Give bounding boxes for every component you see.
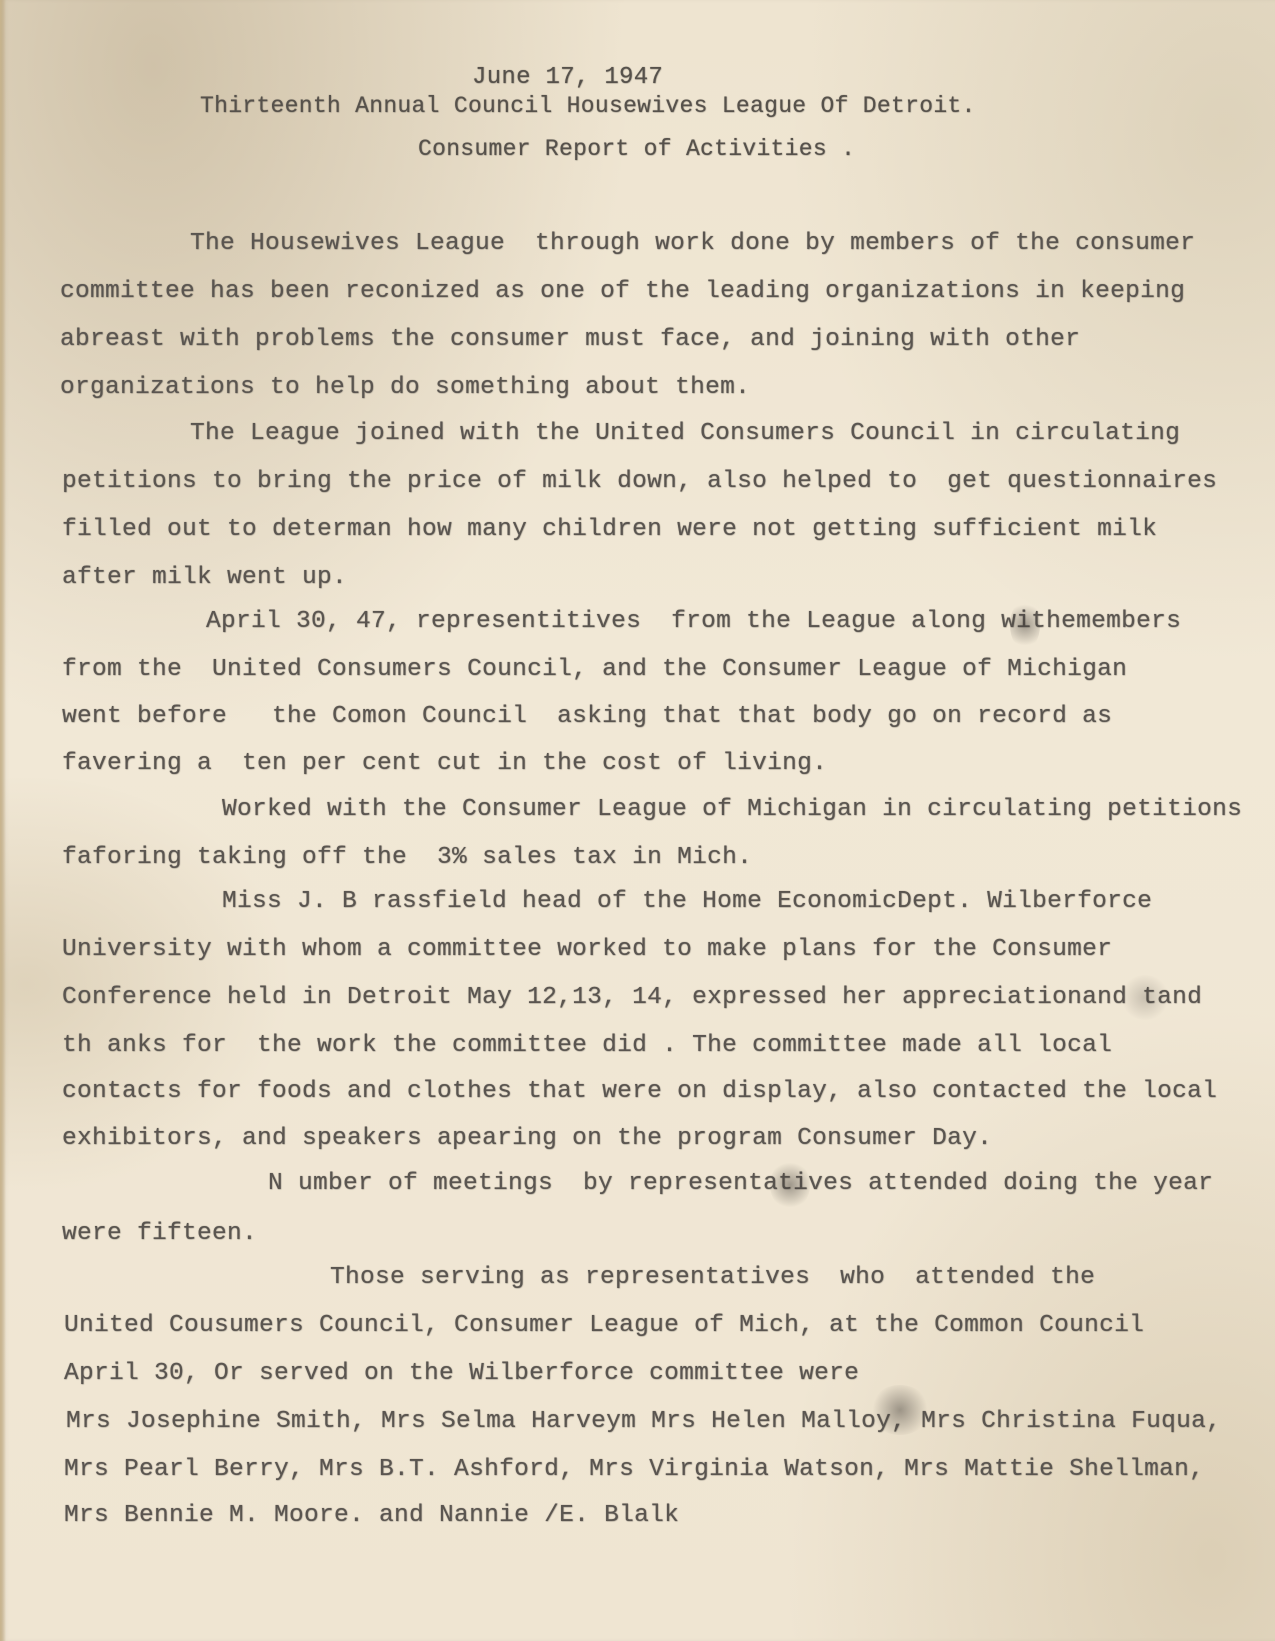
report-title: Consumer Report of Activities . [418, 138, 855, 161]
body-line: Conference held in Detroit May 12,13, 14… [62, 986, 1202, 1011]
body-line: The League joined with the United Consum… [190, 422, 1180, 447]
body-line: petitions to bring the price of milk dow… [62, 470, 1217, 495]
body-line: Mrs Josephine Smith, Mrs Selma Harveym M… [66, 1410, 1221, 1435]
body-line: University with whom a committee worked … [62, 938, 1112, 963]
body-line: exhibitors, and speakers apearing on the… [62, 1127, 992, 1152]
ink-smudge [1010, 600, 1040, 650]
body-line: United Cousumers Council, Consumer Leagu… [64, 1314, 1144, 1339]
body-line: Worked with the Consumer League of Michi… [222, 798, 1242, 823]
body-line: from the United Consumers Council, and t… [62, 658, 1127, 683]
body-line: April 30, Or served on the Wilberforce c… [64, 1362, 859, 1387]
body-line: contacts for foods and clothes that were… [62, 1080, 1217, 1105]
document-date: June 17, 1947 [472, 66, 663, 90]
body-line: organizations to help do something about… [60, 376, 750, 401]
body-line: favering a ten per cent cut in the cost … [62, 752, 827, 777]
body-line: filled out to determan how many children… [62, 518, 1157, 543]
body-line: N umber of meetings by representatives a… [268, 1172, 1213, 1197]
body-line: th anks for the work the committee did .… [62, 1034, 1112, 1059]
body-line: after milk went up. [62, 566, 347, 591]
body-line: Miss J. B rassfield head of the Home Eco… [222, 890, 1152, 915]
body-line: committee has been reconized as one of t… [60, 280, 1185, 305]
paper-edge [0, 0, 6, 1641]
body-line: abreast with problems the consumer must … [60, 328, 1080, 353]
body-line: Mrs Bennie M. Moore. and Nannie /E. Blal… [64, 1504, 679, 1529]
ink-smudge [1120, 975, 1170, 1020]
body-line: faforing taking off the 3% sales tax in … [62, 846, 752, 871]
body-line: went before the Comon Council asking tha… [62, 705, 1112, 730]
body-line: were fifteen. [62, 1222, 257, 1247]
organization-title: Thirteenth Annual Council Housewives Lea… [200, 95, 976, 118]
body-line: The Housewives League through work done … [190, 232, 1195, 257]
ink-smudge [770, 1160, 810, 1210]
body-line: Mrs Pearl Berry, Mrs B.T. Ashford, Mrs V… [64, 1458, 1204, 1483]
ink-smudge [870, 1385, 930, 1435]
document-page: June 17, 1947 Thirteenth Annual Council … [0, 0, 1275, 1641]
body-line: Those serving as representatives who att… [330, 1266, 1095, 1291]
